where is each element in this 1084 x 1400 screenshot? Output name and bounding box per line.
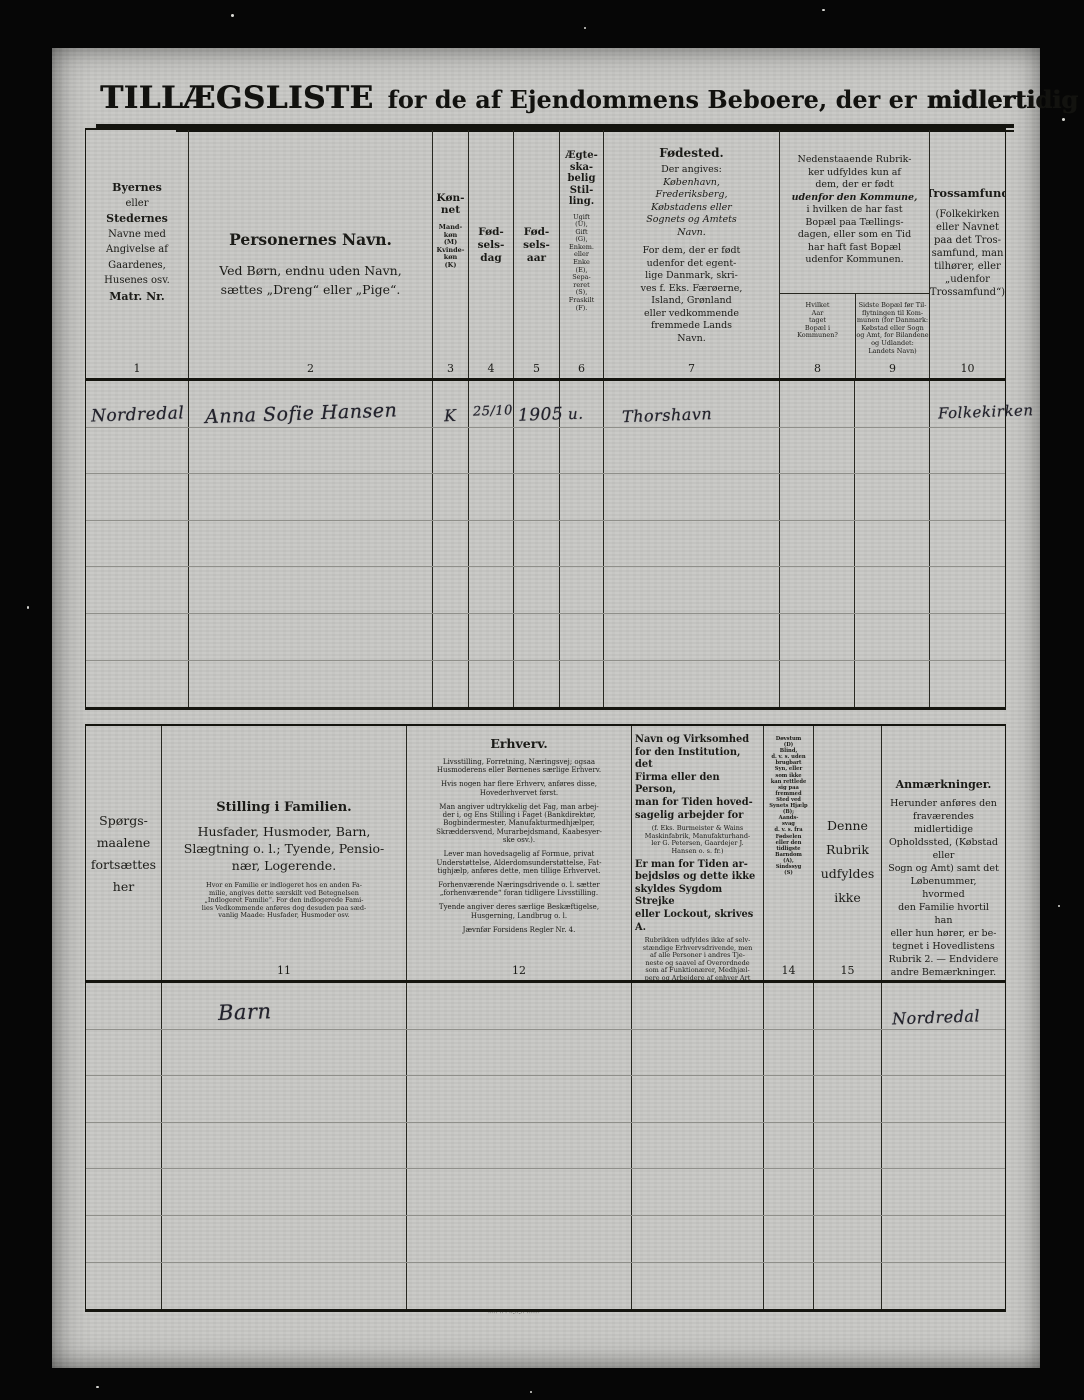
empty-cell <box>161 1123 406 1169</box>
header-title: Trossamfund <box>929 186 1005 200</box>
header-subtext: Sidste Bopæl før Til- flytningen til Kom… <box>856 302 928 355</box>
column-number: 9 <box>889 363 896 378</box>
empty-cell <box>779 474 854 520</box>
table2-body: Barn Nordredal <box>86 983 1005 1309</box>
cell-religion: Folkekirken <box>929 381 1034 427</box>
empty-cell <box>468 661 513 708</box>
header-col7-birthplace: Fødested. Der angives: København, Freder… <box>603 130 779 378</box>
empty-cell <box>161 1216 406 1262</box>
header-subtext: Er man for Tiden ar- bejdsløs og dette i… <box>635 859 760 935</box>
empty-cell <box>188 521 432 567</box>
table-row-empty <box>86 1030 1005 1077</box>
column-number: 15 <box>841 965 855 980</box>
table-row-empty <box>86 567 1005 614</box>
empty-cell <box>929 661 1005 708</box>
header-title: Ægte- ska- belig Stil- ling. <box>565 150 597 208</box>
header-col10-religion: Trossamfund (Folkekirken eller Navnet pa… <box>929 130 1005 378</box>
empty-cell <box>929 521 1005 567</box>
empty-cell <box>161 1030 406 1076</box>
dust-speck <box>27 606 29 609</box>
column-number: 3 <box>447 363 454 378</box>
empty-cell <box>854 614 929 660</box>
form-title-middle: for de af Ejendommens Beboere, der er <box>388 85 917 114</box>
empty-cell <box>559 661 603 708</box>
empty-cell <box>86 661 188 708</box>
empty-cell <box>513 428 559 474</box>
header-line: Husenes osv. <box>104 273 170 289</box>
table2-header-row: Spørgs- maalene fortsættes her Stilling … <box>86 726 1005 983</box>
cell-disabilities <box>763 983 813 1029</box>
header-col12-occupation: Erhverv. Livsstilling, Forretning, Nærin… <box>406 726 631 980</box>
header-col11-family-position: Stilling i Familien. Husfader, Husmoder,… <box>161 726 406 980</box>
empty-cell <box>86 428 188 474</box>
empty-cell <box>813 1030 881 1076</box>
empty-cell <box>513 521 559 567</box>
empty-cell <box>631 1169 763 1215</box>
empty-cell <box>779 614 854 660</box>
dust-speck <box>231 14 234 17</box>
empty-cell <box>631 1216 763 1262</box>
handwriting-birth-year: 1905 <box>514 404 564 426</box>
empty-cell <box>161 1169 406 1215</box>
empty-cell <box>188 567 432 613</box>
empty-cell <box>406 1030 631 1076</box>
header-subtext: Forhenværende Næringsdrivende o. l. sætt… <box>438 881 599 898</box>
header-subtext: Man angiver udtrykkelig det Fag, man arb… <box>436 803 602 845</box>
empty-cell <box>559 428 603 474</box>
empty-cell <box>86 521 188 567</box>
empty-cell <box>432 567 468 613</box>
empty-cell <box>188 474 432 520</box>
empty-cell <box>86 567 188 613</box>
empty-cell <box>779 661 854 708</box>
table1-body: Nordredal Anna Sofie Hansen K 25/10 1905… <box>86 381 1005 707</box>
cell-previous-residence <box>854 381 929 427</box>
empty-cell <box>779 521 854 567</box>
empty-cell <box>432 428 468 474</box>
empty-cell <box>929 428 1005 474</box>
empty-cell <box>631 1076 763 1122</box>
table-row-empty <box>86 614 1005 661</box>
empty-cell <box>406 1123 631 1169</box>
empty-cell <box>854 474 929 520</box>
header-subtext: udenfor den Kommune, <box>792 192 918 205</box>
empty-cell <box>559 521 603 567</box>
empty-cell <box>188 661 432 708</box>
column-number: 6 <box>578 363 585 378</box>
empty-cell <box>559 474 603 520</box>
empty-cell <box>406 1169 631 1215</box>
empty-cell <box>188 614 432 660</box>
cell-name: Anna Sofie Hansen <box>188 381 432 427</box>
empty-cell <box>432 614 468 660</box>
header-subtext: Husfader, Husmoder, Barn, Slægtning o. l… <box>184 823 384 874</box>
empty-cell <box>813 1123 881 1169</box>
header-line: Gaardenes, <box>108 258 166 274</box>
table-row-empty <box>86 1263 1005 1310</box>
empty-cell <box>86 1123 161 1169</box>
cell-employer <box>631 983 763 1029</box>
header-subtext: Livsstilling, Forretning, Næringsvej; og… <box>437 758 601 775</box>
printer-imprint: ····· ·· · ··-··-·· ······· <box>488 1311 540 1317</box>
header-title: Fødested. <box>659 146 723 160</box>
header-col6-marital: Ægte- ska- belig Stil- ling. Ugift (U), … <box>559 130 603 378</box>
header-subtext: Mand- køn (M) Kvinde- køn (K) <box>437 224 465 270</box>
form-title-emphasis: midlertidig fraværende. <box>927 85 1084 114</box>
cell-year-moved <box>779 381 854 427</box>
cell-remarks: Nordredal <box>881 983 1005 1029</box>
header-subtext: Navn og Virksomhed for den Institution, … <box>635 734 760 822</box>
empty-cell <box>881 1263 1005 1310</box>
empty-cell <box>854 428 929 474</box>
column-number: 14 <box>782 965 796 980</box>
empty-cell <box>603 521 779 567</box>
header-col13-employer: Navn og Virksomhed for den Institution, … <box>631 726 763 980</box>
table-row-empty <box>86 1169 1005 1216</box>
handwriting-religion: Folkekirken <box>930 401 1034 423</box>
empty-cell <box>631 1263 763 1310</box>
header-subtext: Rubrikken udfyldes ikke af selv- stændig… <box>643 937 753 980</box>
header-subtext: Ved Børn, endnu uden Navn, <box>219 261 401 280</box>
header-subtext: Der angives: <box>661 164 722 177</box>
cell-continuation <box>86 983 161 1029</box>
header-title: Fød- sels- aar <box>523 226 550 265</box>
header-continuation-label: Spørgs- maalene fortsættes her <box>86 726 161 980</box>
handwriting-remark: Nordredal <box>882 1006 981 1028</box>
header-col8-year-moved: Hvilket Aar taget Bopæl i Kommunen? 8 <box>780 294 855 378</box>
header-title: Anmærkninger. <box>896 778 992 791</box>
empty-cell <box>854 661 929 708</box>
dust-speck <box>1062 118 1065 121</box>
table-row-entry: Nordredal Anna Sofie Hansen K 25/10 1905… <box>86 381 1005 428</box>
handwriting-birth-day: 25/10 <box>469 403 513 420</box>
header-col4-birthday: Fød- sels- dag 4 <box>468 130 513 378</box>
header-subtext: i hvilken de har fast Bopæl paa Tællings… <box>792 204 918 267</box>
empty-cell <box>559 567 603 613</box>
empty-cell <box>432 474 468 520</box>
handwriting-birthplace: Thorshavn <box>604 404 713 427</box>
header-subtext: Nedenstaaende Rubrik- ker udfyldes kun a… <box>792 154 918 192</box>
empty-cell <box>603 474 779 520</box>
column-number: 8 <box>814 363 821 378</box>
header-subtext: Tyende angiver deres særlige Beskæftigel… <box>439 903 599 920</box>
header-line: Angivelse af <box>106 242 168 258</box>
empty-cell <box>881 1216 1005 1262</box>
header-subtext: Herunder anføres den fraværendes midlert… <box>888 797 999 979</box>
column-number: 2 <box>307 363 314 378</box>
empty-cell <box>929 567 1005 613</box>
cell-occupation <box>406 983 631 1029</box>
header-line: Byernes <box>112 180 162 196</box>
empty-cell <box>763 1263 813 1310</box>
table-row-empty <box>86 1216 1005 1263</box>
header-line: Matr. Nr. <box>109 289 165 305</box>
header-subtext: Ugift (U), Gift (G), Enkem. eller Enke (… <box>569 214 595 313</box>
empty-cell <box>86 614 188 660</box>
empty-cell <box>813 1076 881 1122</box>
empty-cell <box>86 1030 161 1076</box>
header-line: Stedernes <box>106 211 168 227</box>
empty-cell <box>468 521 513 567</box>
dust-speck <box>96 1386 99 1388</box>
column-number: 16 <box>937 979 951 980</box>
header-subtext: Jævnfør Forsidens Regler Nr. 4. <box>463 926 576 934</box>
column-number: 4 <box>488 363 495 378</box>
empty-cell <box>406 1076 631 1122</box>
header-group-note: Nedenstaaende Rubrik- ker udfyldes kun a… <box>792 130 918 267</box>
handwriting-marital: u. <box>560 404 584 423</box>
table-residents-lower: Spørgs- maalene fortsættes her Stilling … <box>85 724 1006 1312</box>
empty-cell <box>763 1076 813 1122</box>
table-row-empty <box>86 428 1005 475</box>
scanned-census-sheet: TILLÆGSLISTE for de af Ejendommens Beboe… <box>0 0 1084 1400</box>
empty-cell <box>161 1076 406 1122</box>
column-number: 12 <box>512 965 526 980</box>
column-number: 7 <box>688 363 695 378</box>
table-row-entry: Barn Nordredal <box>86 983 1005 1030</box>
handwriting-family-position: Barn <box>162 999 272 1027</box>
column-number: 5 <box>533 363 540 378</box>
empty-cell <box>881 1030 1005 1076</box>
empty-cell <box>779 428 854 474</box>
empty-cell <box>763 1030 813 1076</box>
header-title: Erhverv. <box>490 736 547 751</box>
column-number: 10 <box>961 363 975 378</box>
header-subcolumns-8-9: Hvilket Aar taget Bopæl i Kommunen? 8 Si… <box>780 293 929 378</box>
empty-cell <box>763 1123 813 1169</box>
header-line: eller <box>125 196 148 212</box>
empty-cell <box>929 474 1005 520</box>
table-row-empty <box>86 661 1005 708</box>
header-subtext: sættes „Dreng“ eller „Pige“. <box>221 280 401 299</box>
empty-cell <box>881 1123 1005 1169</box>
dust-speck <box>530 1391 532 1393</box>
table-residents-upper: Byernes eller Stedernes Navne med Angive… <box>85 128 1006 710</box>
header-col9-previous-residence: Sidste Bopæl før Til- flytningen til Kom… <box>855 294 929 378</box>
header-col16-remarks: Anmærkninger. Herunder anføres den fravæ… <box>881 726 1005 980</box>
column-number: 1 <box>134 363 141 378</box>
empty-cell <box>86 1263 161 1310</box>
empty-cell <box>161 1263 406 1310</box>
empty-cell <box>881 1169 1005 1215</box>
header-subtext: Denne Rubrik udfyldes ikke <box>821 814 875 910</box>
empty-cell <box>513 661 559 708</box>
header-subtext: Hvor en Familie er indlogeret hos en and… <box>202 882 366 920</box>
empty-cell <box>513 614 559 660</box>
header-title: Personernes Navn. <box>229 230 392 249</box>
empty-cell <box>779 567 854 613</box>
header-line: Navne med <box>108 227 166 243</box>
header-title: Køn- net <box>437 192 465 216</box>
header-subtext: Hvilket Aar taget Bopæl i Kommunen? <box>797 302 838 340</box>
empty-cell <box>603 614 779 660</box>
table-row-empty <box>86 474 1005 521</box>
header-col8-9-group: Nedenstaaende Rubrik- ker udfyldes kun a… <box>779 130 929 378</box>
empty-cell <box>468 474 513 520</box>
dust-speck <box>822 9 825 11</box>
cell-family-position: Barn <box>161 983 406 1029</box>
column-number: 11 <box>277 965 291 980</box>
header-col3-sex: Køn- net Mand- køn (M) Kvinde- køn (K) 3 <box>432 130 468 378</box>
header-title: Fød- sels- dag <box>478 226 505 265</box>
empty-cell <box>813 1216 881 1262</box>
form-title-main: TILLÆGSLISTE <box>100 80 373 116</box>
header-col15-do-not-fill: Denne Rubrik udfyldes ikke 15 <box>813 726 881 980</box>
empty-cell <box>86 1076 161 1122</box>
empty-cell <box>513 567 559 613</box>
empty-cell <box>406 1216 631 1262</box>
cell-marital: u. <box>559 381 603 427</box>
empty-cell <box>603 428 779 474</box>
table-row-empty <box>86 1123 1005 1170</box>
empty-cell <box>468 567 513 613</box>
empty-cell <box>86 1169 161 1215</box>
census-form-page: TILLÆGSLISTE for de af Ejendommens Beboe… <box>52 48 1040 1368</box>
empty-cell <box>188 428 432 474</box>
header-col1-place: Byernes eller Stedernes Navne med Angive… <box>86 130 188 378</box>
cell-birthplace: Thorshavn <box>603 381 779 427</box>
empty-cell <box>468 428 513 474</box>
handwriting-sex: K <box>444 405 457 424</box>
cell-birth-day: 25/10 <box>468 381 513 427</box>
empty-cell <box>813 1169 881 1215</box>
empty-cell <box>763 1216 813 1262</box>
header-col2-name: Personernes Navn. Ved Børn, endnu uden N… <box>188 130 432 378</box>
table-row-empty <box>86 521 1005 568</box>
cell-birth-year: 1905 <box>513 381 559 427</box>
empty-cell <box>631 1030 763 1076</box>
header-subtext: Hvis nogen har flere Erhverv, anføres di… <box>441 780 597 797</box>
dust-speck <box>584 27 586 29</box>
header-subtext: Døvstum (D) Blind, d. v. s. uden brugbar… <box>769 736 807 876</box>
empty-cell <box>559 614 603 660</box>
empty-cell <box>603 661 779 708</box>
empty-cell <box>854 521 929 567</box>
empty-cell <box>86 474 188 520</box>
header-col14-disabilities: Døvstum (D) Blind, d. v. s. uden brugbar… <box>763 726 813 980</box>
cell-place: Nordredal <box>86 381 188 427</box>
empty-cell <box>432 661 468 708</box>
header-subtext: Spørgs- maalene fortsættes her <box>91 810 156 898</box>
empty-cell <box>86 1216 161 1262</box>
header-col5-birthyear: Fød- sels- aar 5 <box>513 130 559 378</box>
empty-cell <box>468 614 513 660</box>
empty-cell <box>854 567 929 613</box>
empty-cell <box>432 521 468 567</box>
table1-header-row: Byernes eller Stedernes Navne med Angive… <box>86 130 1005 381</box>
header-subtext: For dem, der er født udenfor det egent- … <box>641 245 743 345</box>
header-subtext: (Folkekirken eller Navnet paa det Tros- … <box>930 208 1005 299</box>
dust-speck <box>1058 905 1060 907</box>
header-subtext: Lever man hovedsagelig af Formue, privat… <box>437 850 602 875</box>
handwriting-place: Nordredal <box>86 403 185 426</box>
empty-cell <box>631 1123 763 1169</box>
header-subtext: København, Frederiksberg, Købstadens ell… <box>646 177 737 240</box>
empty-cell <box>513 474 559 520</box>
empty-cell <box>881 1076 1005 1122</box>
cell-sex: K <box>432 381 468 427</box>
form-title: TILLÆGSLISTE for de af Ejendommens Beboe… <box>100 80 1010 116</box>
empty-cell <box>603 567 779 613</box>
header-subtext: (f. Eks. Burmeister & Wains Maskinfabrik… <box>645 825 750 855</box>
cell-do-not-fill <box>813 983 881 1029</box>
header-title: Stilling i Familien. <box>216 800 351 815</box>
empty-cell <box>813 1263 881 1310</box>
empty-cell <box>929 614 1005 660</box>
handwriting-name: Anna Sofie Hansen <box>189 399 398 428</box>
table-row-empty <box>86 1076 1005 1123</box>
empty-cell <box>406 1263 631 1310</box>
empty-cell <box>763 1169 813 1215</box>
